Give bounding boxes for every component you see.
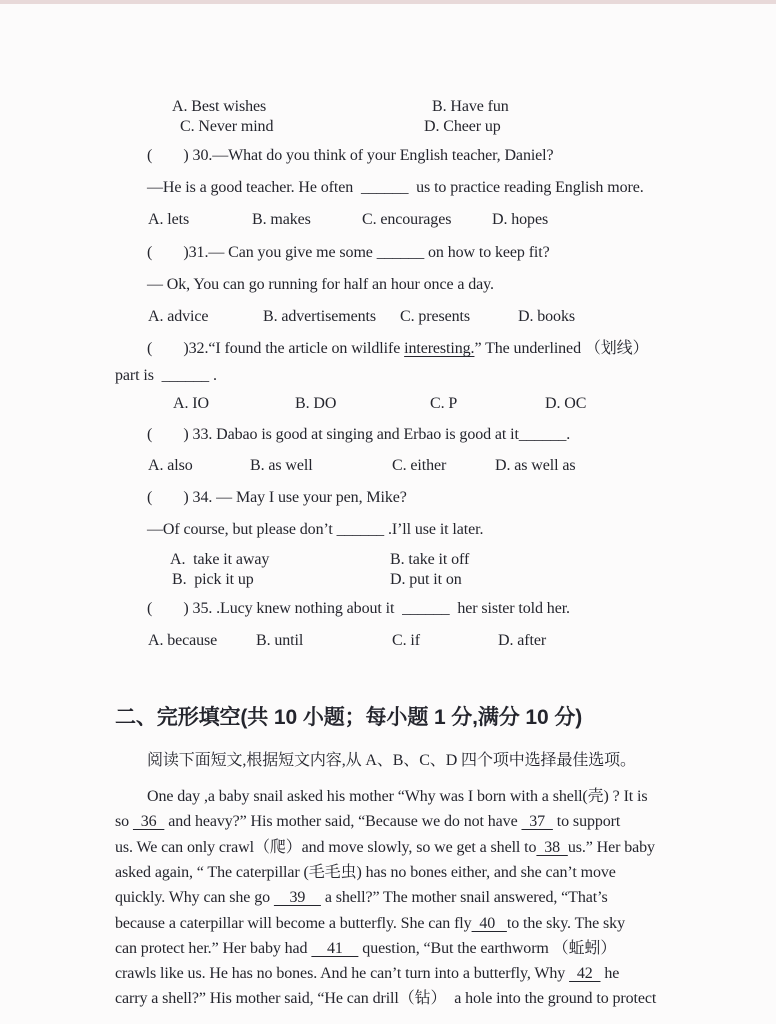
q32-option-c-text: C. P [430, 395, 457, 412]
passage-line-2-run-4: to support [553, 813, 620, 830]
q30-option-c-text: C. encourages [362, 211, 451, 228]
q32-stem-run-0: ( )32.“I found the article on wildlife [147, 340, 404, 357]
q33-option-b-text: B. as well [250, 457, 313, 474]
passage-line-5-run-2: a shell?” The mother snail answered, “Th… [321, 889, 608, 906]
passage-line-5-run-1: 39 [274, 889, 321, 906]
passage-line-1: One day ,a baby snail asked his mother “… [147, 789, 648, 806]
passage-line-7-run-0: can protect her.” Her baby had [115, 940, 311, 957]
q32-stem-run-2: ” The underlined （划线） [474, 340, 648, 357]
q31-option-a: A. advice [148, 309, 208, 326]
q31-option-a-text: A. advice [148, 308, 208, 325]
q32-stem: ( )32.“I found the article on wildlife i… [147, 341, 648, 358]
passage-line-6-run-1: 40 [472, 915, 507, 932]
q35-option-b: B. until [256, 633, 303, 650]
q31-option-b-text: B. advertisements [263, 308, 376, 325]
passage-line-3: us. We can only crawl（爬）and move slowly,… [115, 840, 655, 857]
q34-stem: ( ) 34. — May I use your pen, Mike? [147, 490, 407, 507]
q32-option-d-text: D. OC [545, 395, 586, 412]
q31-option-c-text: C. presents [400, 308, 470, 325]
q34-option-a: A. take it away [170, 552, 269, 569]
passage-line-4: asked again, “ The caterpillar (毛毛虫) has… [115, 865, 616, 882]
q31-option-c: C. presents [400, 309, 470, 326]
q35-option-c: C. if [392, 633, 420, 650]
q33-option-c-text: C. either [392, 457, 446, 474]
section2-heading-text: 二、完形填空(共 10 小题；每小题 1 分,满分 10 分) [115, 706, 582, 729]
q35-option-b-text: B. until [256, 632, 303, 649]
q32-option-a: A. IO [173, 396, 209, 413]
passage-line-6: because a caterpillar will become a butt… [115, 916, 625, 933]
q34-reply: —Of course, but please don’t ______ .I’l… [147, 522, 483, 539]
passage-line-2-run-3: 37 [521, 813, 552, 830]
q32-stem-run-1: interesting. [404, 340, 474, 357]
scan-edge-strip [0, 0, 776, 4]
passage-line-9: carry a shell?” His mother said, “He can… [115, 991, 656, 1008]
q32-option-c: C. P [430, 396, 457, 413]
passage-line-7-run-1: 41 [311, 940, 358, 957]
passage-line-3-run-0: us. We can only crawl（爬）and move slowly,… [115, 839, 536, 856]
q34-option-b-left-text: B. pick it up [172, 571, 254, 588]
q33-option-a-text: A. also [148, 457, 193, 474]
q35-option-a-text: A. because [148, 632, 217, 649]
passage-line-3-run-2: us.” Her baby [568, 839, 655, 856]
q32-stem-cont: part is ______ . [115, 368, 217, 385]
q31-option-b: B. advertisements [263, 309, 376, 326]
q32-option-b: B. DO [295, 396, 336, 413]
q33-option-c: C. either [392, 458, 446, 475]
q30-option-a-text: A. lets [148, 211, 189, 228]
passage-line-8-run-2: he [601, 965, 620, 982]
q31-stem: ( )31.— Can you give me some ______ on h… [147, 245, 550, 262]
q32-option-a-text: A. IO [173, 395, 209, 412]
passage-line-8: crawls like us. He has no bones. And he … [115, 966, 619, 983]
q29-option-b-text: B. Have fun [432, 98, 509, 115]
q32-option-b-text: B. DO [295, 395, 336, 412]
passage-line-8-run-0: crawls like us. He has no bones. And he … [115, 965, 569, 982]
q33-option-d-text: D. as well as [495, 457, 575, 474]
section2-instruction: 阅读下面短文,根据短文内容,从 A、B、C、D 四个项中选择最佳选项。 [147, 753, 636, 770]
q30-reply: —He is a good teacher. He often ______ u… [147, 180, 644, 197]
q34-option-b-right: B. take it off [390, 552, 469, 569]
passage-line-1-text: One day ,a baby snail asked his mother “… [147, 788, 648, 805]
q35-option-a: A. because [148, 633, 217, 650]
q31-option-d: D. books [518, 309, 575, 326]
passage-line-2-run-1: 36 [133, 813, 164, 830]
q30-stem: ( ) 30.—What do you think of your Englis… [147, 148, 554, 165]
q30-option-c: C. encourages [362, 212, 451, 229]
passage-line-2-run-2: and heavy?” His mother said, “Because we… [164, 813, 521, 830]
q33-option-b: B. as well [250, 458, 313, 475]
passage-line-5: quickly. Why can she go 39 a shell?” The… [115, 890, 608, 907]
q29-option-a: A. Best wishes [172, 99, 266, 116]
q33-option-d: D. as well as [495, 458, 575, 475]
passage-line-7: can protect her.” Her baby had 41 questi… [115, 941, 616, 958]
q35-option-d: D. after [498, 633, 546, 650]
q31-reply: — Ok, You can go running for half an hou… [147, 277, 494, 294]
q35-option-c-text: C. if [392, 632, 420, 649]
section2-heading: 二、完形填空(共 10 小题；每小题 1 分,满分 10 分) [115, 707, 582, 729]
q32-stem-cont-text: part is ______ . [115, 367, 217, 384]
q30-option-b-text: B. makes [252, 211, 311, 228]
q34-option-d-text: D. put it on [390, 571, 462, 588]
q35-stem: ( ) 35. .Lucy knew nothing about it ____… [147, 601, 570, 618]
passage-line-4-text: asked again, “ The caterpillar (毛毛虫) has… [115, 864, 616, 881]
q31-stem-text: ( )31.— Can you give me some ______ on h… [147, 244, 550, 261]
document-page: A. Best wishesB. Have funC. Never mindD.… [0, 0, 776, 1024]
passage-line-3-run-1: 38 [536, 839, 567, 856]
q34-option-b-left: B. pick it up [172, 572, 254, 589]
q30-option-b: B. makes [252, 212, 311, 229]
q29-option-d-text: D. Cheer up [424, 118, 501, 135]
q33-stem-text: ( ) 33. Dabao is good at singing and Erb… [147, 426, 570, 443]
passage-line-2: so 36 and heavy?” His mother said, “Beca… [115, 814, 620, 831]
q33-stem: ( ) 33. Dabao is good at singing and Erb… [147, 427, 570, 444]
q31-option-d-text: D. books [518, 308, 575, 325]
q32-option-d: D. OC [545, 396, 586, 413]
passage-line-7-run-2: question, “But the earthworm （蚯蚓） [358, 940, 616, 957]
q30-reply-text: —He is a good teacher. He often ______ u… [147, 179, 644, 196]
q34-option-d: D. put it on [390, 572, 462, 589]
q30-option-a: A. lets [148, 212, 189, 229]
q29-option-d: D. Cheer up [424, 119, 501, 136]
q30-stem-text: ( ) 30.—What do you think of your Englis… [147, 147, 554, 164]
q34-stem-text: ( ) 34. — May I use your pen, Mike? [147, 489, 407, 506]
passage-line-2-run-0: so [115, 813, 133, 830]
q35-stem-text: ( ) 35. .Lucy knew nothing about it ____… [147, 600, 570, 617]
q31-reply-text: — Ok, You can go running for half an hou… [147, 276, 494, 293]
q34-option-b-right-text: B. take it off [390, 551, 469, 568]
passage-line-5-run-0: quickly. Why can she go [115, 889, 274, 906]
passage-line-6-run-0: because a caterpillar will become a butt… [115, 915, 472, 932]
q35-option-d-text: D. after [498, 632, 546, 649]
q30-option-d: D. hopes [492, 212, 548, 229]
q29-option-a-text: A. Best wishes [172, 98, 266, 115]
q29-option-c: C. Never mind [180, 119, 273, 136]
passage-line-6-run-2: to the sky. The sky [507, 915, 625, 932]
passage-line-9-text: carry a shell?” His mother said, “He can… [115, 990, 656, 1007]
q34-reply-text: —Of course, but please don’t ______ .I’l… [147, 521, 483, 538]
passage-line-8-run-1: 42 [569, 965, 600, 982]
q29-option-b: B. Have fun [432, 99, 509, 116]
q34-option-a-text: A. take it away [170, 551, 269, 568]
q33-option-a: A. also [148, 458, 193, 475]
section2-instruction-text: 阅读下面短文,根据短文内容,从 A、B、C、D 四个项中选择最佳选项。 [147, 752, 636, 769]
q30-option-d-text: D. hopes [492, 211, 548, 228]
q29-option-c-text: C. Never mind [180, 118, 273, 135]
